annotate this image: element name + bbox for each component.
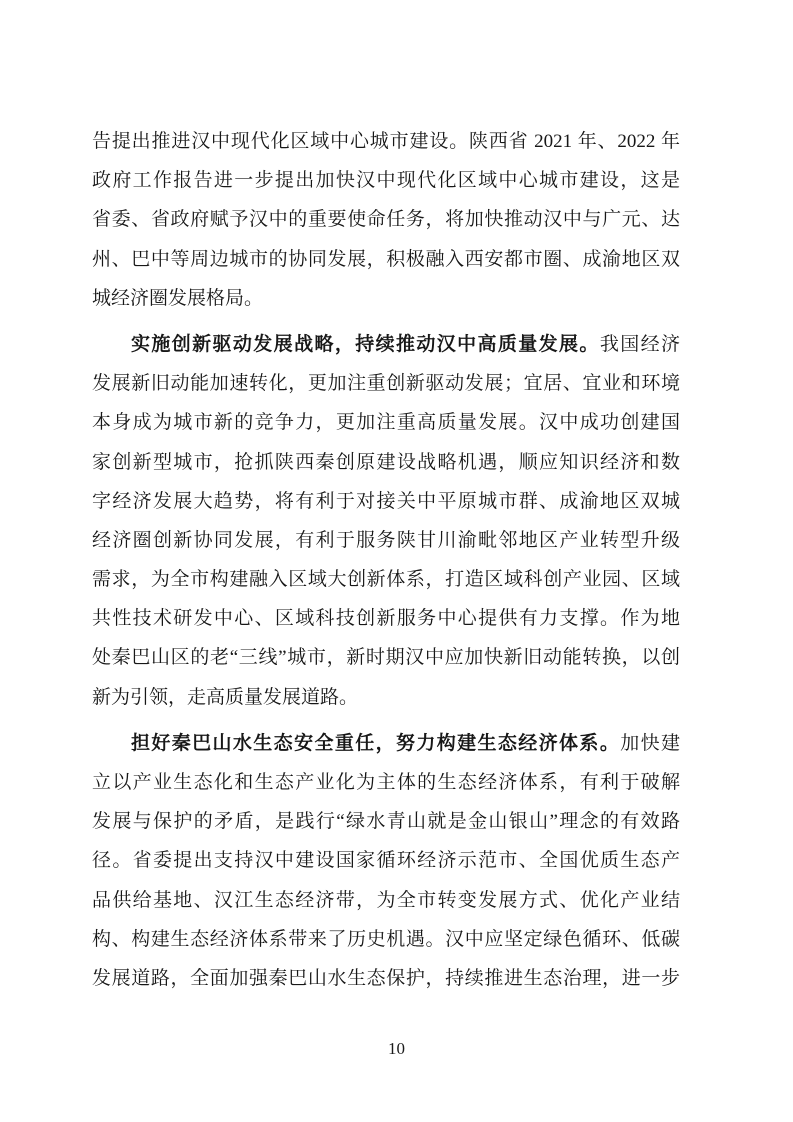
text-line: 省委、省政府赋予汉中的重要使命任务，将加快推动汉中与广元、达 — [92, 200, 680, 239]
text-line: 需求，为全市构建融入区域大创新体系，打造区域科创产业园、区域 — [92, 560, 680, 599]
paragraph-innovation-strategy: 实施创新驱动发展战略，持续推动汉中高质量发展。我国经济 发展新旧动能加速转化，更… — [92, 325, 680, 717]
line-text: 构、构建生态经济体系带来了历史机遇。汉中应坚定绿色循环、低碳 — [92, 929, 680, 950]
line-text: 我国经济 — [600, 334, 680, 355]
text-line: 告提出推进汉中现代化区域中心城市建设。陕西省 2021 年、2022 年 — [92, 122, 680, 161]
line-text: 政府工作报告进一步提出加快汉中现代化区域中心城市建设，这是 — [92, 170, 680, 191]
document-page: 告提出推进汉中现代化区域中心城市建设。陕西省 2021 年、2022 年 政府工… — [0, 0, 793, 1122]
text-line: 经济圈创新协同发展，有利于服务陕甘川渝毗邻地区产业转型升级 — [92, 521, 680, 560]
text-line: 州、巴中等周边城市的协同发展，积极融入西安都市圈、成渝地区双 — [92, 240, 680, 279]
text-line: 政府工作报告进一步提出加快汉中现代化区域中心城市建设，这是 — [92, 161, 680, 200]
text-line: 担好秦巴山水生态安全重任，努力构建生态经济体系。加快建 — [92, 724, 680, 763]
text-line: 城经济圈发展格局。 — [92, 279, 680, 318]
text-line: 构、构建生态经济体系带来了历史机遇。汉中应坚定绿色循环、低碳 — [92, 920, 680, 959]
page-number: 10 — [388, 1039, 405, 1058]
line-text: 发展道路，全面加强秦巴山水生态保护，持续推进生态治理，进一步 — [92, 968, 680, 989]
line-text: 州、巴中等周边城市的协同发展，积极融入西安都市圈、成渝地区双 — [92, 249, 680, 270]
text-line: 发展新旧动能加速转化，更加注重创新驱动发展；宜居、宜业和环境 — [92, 364, 680, 403]
line-text: 经济圈创新协同发展，有利于服务陕甘川渝毗邻地区产业转型升级 — [92, 530, 680, 551]
line-text: 新为引领，走高质量发展道路。 — [92, 687, 358, 708]
line-text: 需求，为全市构建融入区域大创新体系，打造区域科创产业园、区域 — [92, 569, 680, 590]
line-text: 径。省委提出支持汉中建设国家循环经济示范市、全国优质生态产 — [92, 850, 680, 871]
line-text: 发展与保护的矛盾，是践行“绿水青山就是金山银山”理念的有效路 — [92, 811, 680, 832]
line-text: 家创新型城市，抢抓陕西秦创原建设战略机遇，顺应知识经济和数 — [92, 452, 680, 473]
text-line: 新为引领，走高质量发展道路。 — [92, 678, 680, 717]
line-text: 字经济发展大趋势，将有利于对接关中平原城市群、成渝地区双城 — [92, 491, 680, 512]
line-text: 发展新旧动能加速转化，更加注重创新驱动发展；宜居、宜业和环境 — [92, 373, 680, 394]
text-line: 字经济发展大趋势，将有利于对接关中平原城市群、成渝地区双城 — [92, 482, 680, 521]
line-text: 告提出推进汉中现代化区域中心城市建设。陕西省 2021 年、2022 年 — [92, 131, 680, 152]
text-line: 径。省委提出支持汉中建设国家循环经济示范市、全国优质生态产 — [92, 841, 680, 880]
text-line: 发展道路，全面加强秦巴山水生态保护，持续推进生态治理，进一步 — [92, 959, 680, 998]
text-line: 家创新型城市，抢抓陕西秦创原建设战略机遇，顺应知识经济和数 — [92, 443, 680, 482]
text-line: 本身成为城市新的竞争力，更加注重高质量发展。汉中成功创建国 — [92, 403, 680, 442]
text-line: 处秦巴山区的老“三线”城市，新时期汉中应加快新旧动能转换，以创 — [92, 638, 680, 677]
paragraph-continuation: 告提出推进汉中现代化区域中心城市建设。陕西省 2021 年、2022 年 政府工… — [92, 122, 680, 318]
line-text: 加快建 — [620, 733, 680, 754]
text-line: 立以产业生态化和生态产业化为主体的生态经济体系，有利于破解 — [92, 763, 680, 802]
line-text: 处秦巴山区的老“三线”城市，新时期汉中应加快新旧动能转换，以创 — [92, 647, 680, 668]
text-line: 共性技术研发中心、区域科技创新服务中心提供有力支撑。作为地 — [92, 599, 680, 638]
line-text: 立以产业生态化和生态产业化为主体的生态经济体系，有利于破解 — [92, 772, 680, 793]
bold-lead-text: 担好秦巴山水生态安全重任，努力构建生态经济体系。 — [131, 733, 620, 754]
line-text: 品供给基地、汉江生态经济带，为全市转变发展方式、优化产业结 — [92, 890, 680, 911]
line-text: 共性技术研发中心、区域科技创新服务中心提供有力支撑。作为地 — [92, 608, 680, 629]
text-line: 发展与保护的矛盾，是践行“绿水青山就是金山银山”理念的有效路 — [92, 802, 680, 841]
text-block: 告提出推进汉中现代化区域中心城市建设。陕西省 2021 年、2022 年 政府工… — [92, 122, 680, 998]
text-line: 品供给基地、汉江生态经济带，为全市转变发展方式、优化产业结 — [92, 881, 680, 920]
bold-lead-text: 实施创新驱动发展战略，持续推动汉中高质量发展。 — [131, 334, 600, 355]
line-text: 省委、省政府赋予汉中的重要使命任务，将加快推动汉中与广元、达 — [92, 209, 680, 230]
text-line: 实施创新驱动发展战略，持续推动汉中高质量发展。我国经济 — [92, 325, 680, 364]
page-footer: 10 — [0, 1038, 793, 1060]
line-text: 本身成为城市新的竞争力，更加注重高质量发展。汉中成功创建国 — [92, 412, 680, 433]
line-text: 城经济圈发展格局。 — [92, 288, 263, 309]
paragraph-eco-economy: 担好秦巴山水生态安全重任，努力构建生态经济体系。加快建 立以产业生态化和生态产业… — [92, 724, 680, 998]
